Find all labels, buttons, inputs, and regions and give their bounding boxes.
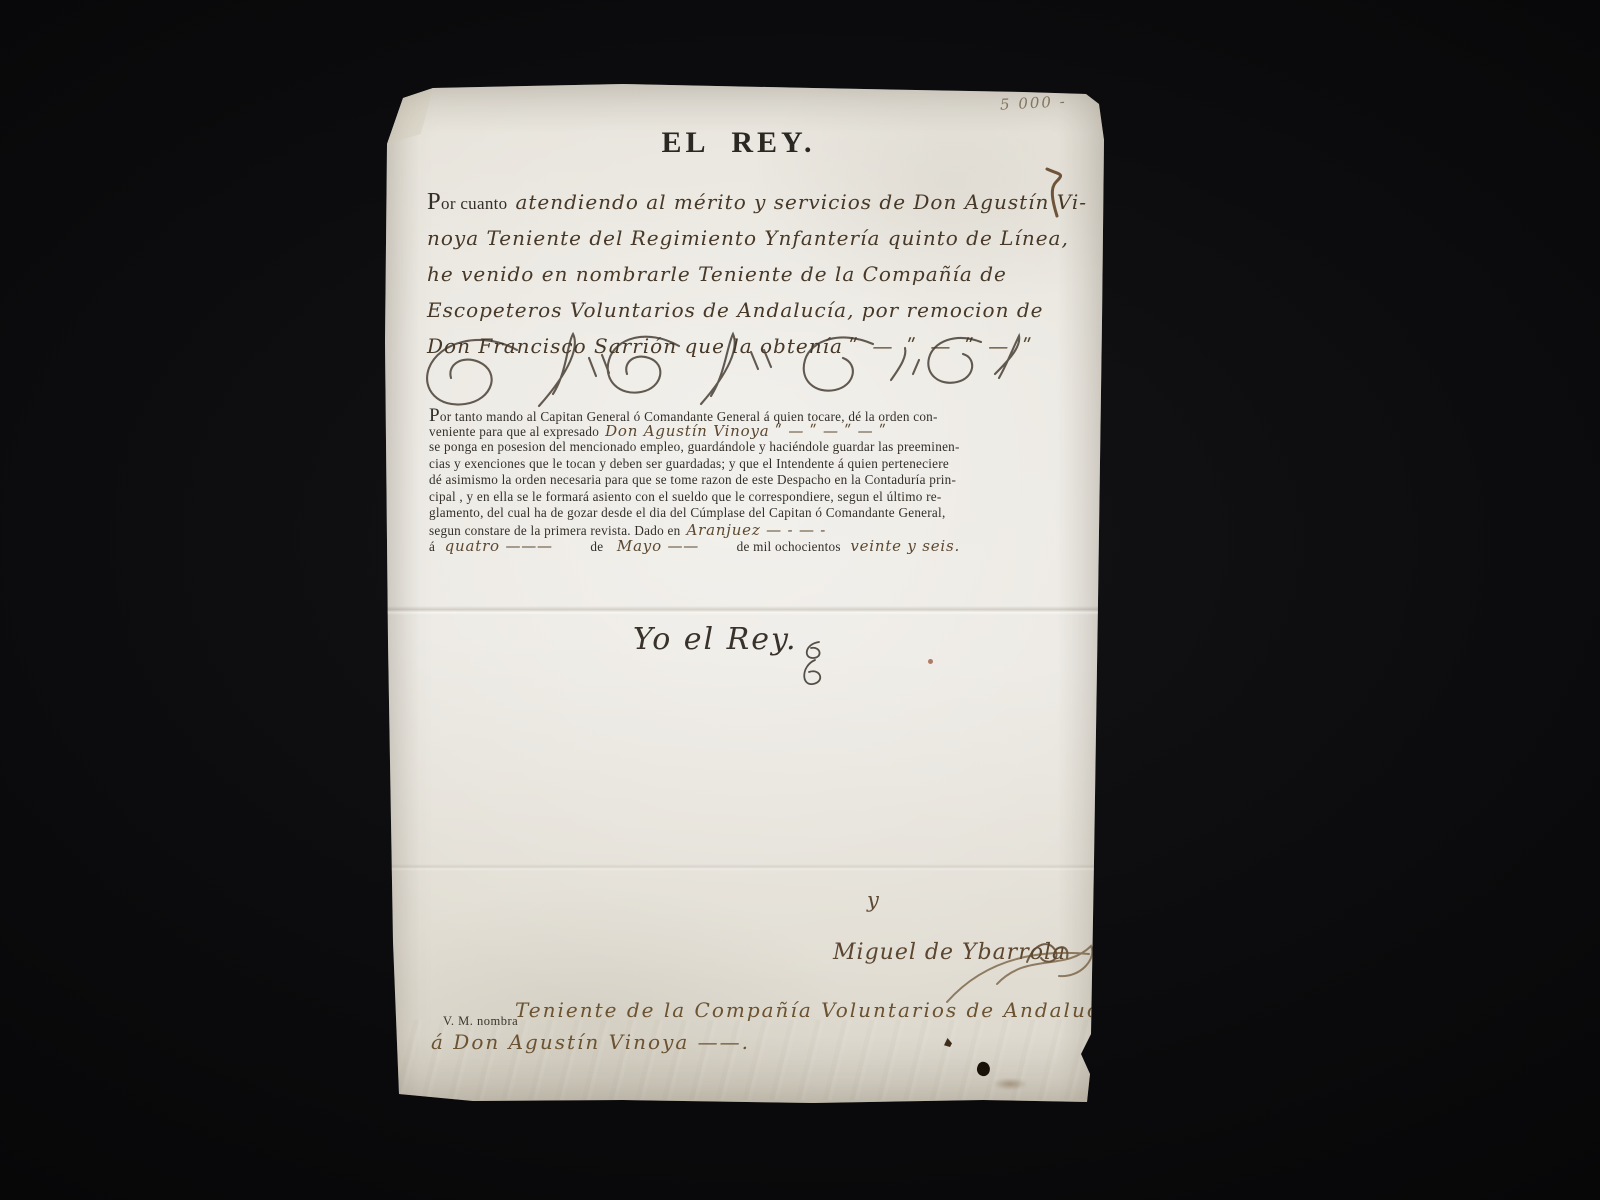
body-line-1: Por tanto mando al Capitan General ó Com… [429,406,1069,423]
docket-name-line: á Don Agustín Vinoya ——. [431,1030,750,1054]
body-line-5: dé asimismo la orden necesaria para que … [429,472,1069,489]
opening-line-4: Escopeteros Voluntarios de Andalucía, po… [427,292,1067,328]
body-line-3: se ponga en posesion del mencionado empl… [429,439,1069,456]
manuscript-insert: Don Agustín Vinoya ʺ — ʺ — ʺ — ʺ [605,422,887,440]
body-line-7: glamento, del cual ha de gozar desde el … [429,505,1069,522]
body-line-2: veniente para que al expresadoDon Agustí… [429,423,1069,440]
opening-line-1: Por cuantoatendiendo al mérito y servici… [427,184,1067,220]
body-date-line: á quatro ——— de Mayo —— de mil ochocient… [429,538,1069,555]
body-line-8: segun constare de la primera revista. Da… [429,522,1069,539]
printed-text: veniente para que al expresado [429,424,599,439]
ink-stain-blob [975,1060,992,1077]
document-paper: 5 000 - EL REY. Por cuantoatendiendo al … [383,82,1108,1108]
printed-text: de mil ochocientos [737,539,841,554]
manuscript-year: veinte y seis. [850,537,960,555]
printed-paragraph: Por tanto mando al Capitan General ó Com… [429,406,1069,555]
fold-crease-lower [383,864,1108,871]
printed-text: de [590,539,603,554]
calligraphic-flourishes [421,328,1031,414]
manuscript-day: quatro ——— [445,537,553,555]
document-title: EL REY. [383,126,1094,160]
body-line-6: cipal , y en ella se le formará asiento … [429,489,1069,506]
photo-scene: 5 000 - EL REY. Por cuantoatendiendo al … [0,0,1600,1200]
docket-flourish [939,938,1099,1010]
royal-signature: Yo el Rey. [633,622,798,657]
countersign-y-flourish: y [867,888,879,912]
manuscript-month: Mayo —— [617,537,699,555]
stain-smudge [987,1076,1033,1092]
red-speck [928,659,933,664]
royal-rubric-flourish [797,638,829,694]
fold-crease-middle [383,606,1108,615]
opening-line-3: he venido en nombrarle Teniente de la Co… [427,256,1067,292]
dark-mark [943,1038,953,1047]
lead-text: or cuanto [441,194,507,213]
drop-cap: P [427,188,441,215]
printed-lead: Por cuanto [427,194,507,213]
body-line-4: cias y exenciones que le tocan y deben s… [429,456,1069,473]
printed-text: á [429,539,435,554]
manuscript-text: atendiendo al mérito y servicios de Don … [515,190,1087,214]
docket-printed-lead: V. M. nombra [443,1014,518,1029]
printed-text: segun constare de la primera revista. Da… [429,523,680,538]
pencil-price-note: 5 000 - [1000,92,1068,113]
manuscript-place: Aranjuez — - — - [686,521,826,539]
opening-line-2: noya Teniente del Regimiento Ynfantería … [427,220,1067,256]
